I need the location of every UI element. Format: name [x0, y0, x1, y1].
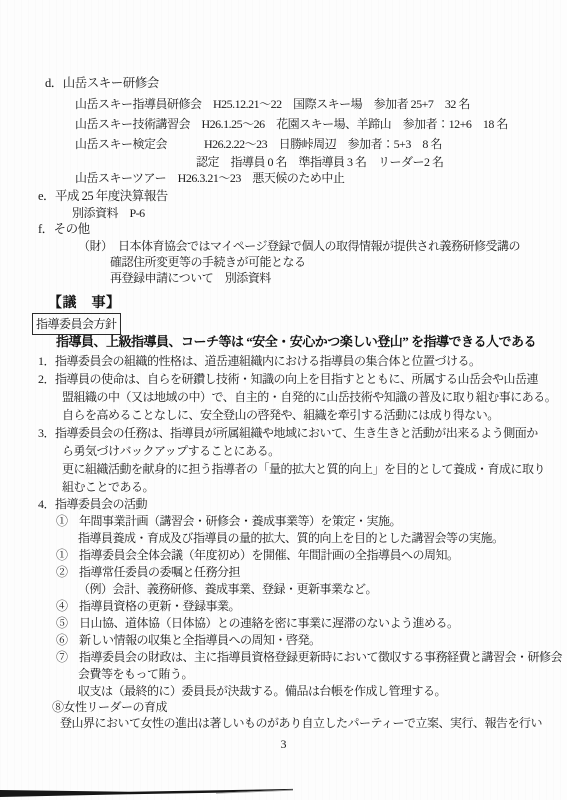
agenda-heading: 【議 事】	[48, 296, 121, 311]
activity-women-leaders-cont: 登山界において女性の進出は著しいものがあり自立したパーティーで立案、実行、報告を…	[60, 716, 542, 731]
page-number: 3	[0, 737, 567, 752]
report-line-certification-results: 認定 指導員 0 名 準指導員 3 名 リーダー2 名	[196, 155, 444, 170]
activity-finance-cont2: 収支は（最終的に）委員長が決裁する。備品は台帳を作成し管理する。	[78, 684, 446, 699]
agenda-item-1: 1．指導委員会の組織的性格は、道岳連組織内における指導員の集合体と位置づける。	[38, 354, 481, 369]
agenda-item-3: 3．指導委員会の任務は、指導員が所属組織や地域において、生き生きと活動が出来るよ…	[38, 426, 538, 441]
report-line-address-change: 確認住所変更等の手続きが可能となる	[110, 255, 306, 270]
activity-standing-committee: ② 指導常任委員の委嘱と任務分担	[56, 565, 240, 580]
report-line-jasa-mypage: （財） 日本体育協会ではマイページ登録で個人の取得情報が提供され義務研修受講の	[78, 239, 520, 254]
agenda-item-3-cont3: 組むことである。	[62, 480, 154, 495]
activity-women-leaders: ⑧女性リーダーの育成	[52, 700, 167, 715]
agenda-item-2-cont: 盟組織の中（又は地域の中）で、自主的・自発的に山岳技術や知識の普及に取り組む事に…	[62, 390, 556, 405]
report-line-attachment-p6: 別添資料 P-6	[72, 206, 145, 221]
agenda-item-2: 2．指導員の使命は、自らを研鑽し技術・知識の向上を目指すとともに、所属する山岳会…	[38, 372, 538, 387]
activity-annual-plan: ① 年間事業計画（講習会・研修会・養成事業等）を策定・実施。	[56, 514, 401, 529]
report-line-reregistration: 再登録申請について 別添資料	[110, 271, 271, 286]
activity-liaison: ⑤ 日山協、道体協（日体協）との連絡を密に事業に遅滞のないよう進める。	[56, 616, 459, 631]
activity-general-meeting: ① 指導委員会全体会議（年度初め）を開催、年間計画の全指導員への周知。	[56, 548, 459, 563]
activity-information: ⑥ 新しい情報の収集と全指導員への周知・啓発。	[56, 633, 321, 648]
report-line-ski-instructor-seminar: 山岳スキー指導員研修会 H25.12.21～22 国際スキー場 参加者 25+7…	[75, 97, 470, 112]
policy-title-box: 指導委員会方針	[32, 313, 121, 335]
report-line-ski-technique-course: 山岳スキー技術講習会 H26.1.25～26 花園スキー場、羊蹄山 参加者：12…	[75, 117, 508, 132]
report-item-e-title: e．平成 25 年度決算報告	[38, 189, 168, 204]
activity-finance-cont: 会費等をもって賄う。	[78, 667, 193, 682]
activity-qualification-renewal: ④ 指導員資格の更新・登録事業。	[56, 599, 240, 614]
activity-annual-plan-cont: 指導員養成・育成及び指導員の量的拡大、質的向上を目的とした講習会等の実施。	[78, 531, 504, 546]
report-item-d-title: d．山岳スキー研修会	[45, 76, 159, 91]
report-item-f-title: f．その他	[38, 222, 90, 237]
activity-standing-committee-example: （例）会計、義務研修、養成事業、登録・更新事業など。	[78, 582, 377, 597]
report-line-ski-tour: 山岳スキーツアー H26.3.21～23 悪天候のため中止	[75, 171, 344, 186]
agenda-item-4: 4．指導委員会の活動	[38, 497, 147, 512]
agenda-item-2-cont2: 自らを高めることなしに、安全登山の啓発や、組織を牽引する活動には成り得ない。	[62, 408, 499, 423]
policy-statement: 指導員、上級指導員、コーチ等は “安全・安心かつ楽しい登山” を指導できる人であ…	[56, 334, 536, 349]
scan-edge-artifact	[0, 785, 300, 800]
activity-finance: ⑦ 指導委員会の財政は、主に指導員資格登録更新時において徴収する事務経費と講習会…	[56, 650, 562, 665]
agenda-item-3-cont: ら勇気づけバックアップすることにある。	[62, 444, 280, 459]
agenda-item-3-cont2: 更に組織活動を献身的に担う指導者の「量的拡大と質的向上」を目的として養成・育成に…	[62, 462, 545, 477]
report-line-ski-certification: 山岳スキー検定会 H26.2.22～23 日勝峠周辺 参加者：5+3 8 名	[75, 137, 442, 152]
scanned-page: { "report": { "item_d": { "label": "d．山岳…	[0, 0, 567, 800]
